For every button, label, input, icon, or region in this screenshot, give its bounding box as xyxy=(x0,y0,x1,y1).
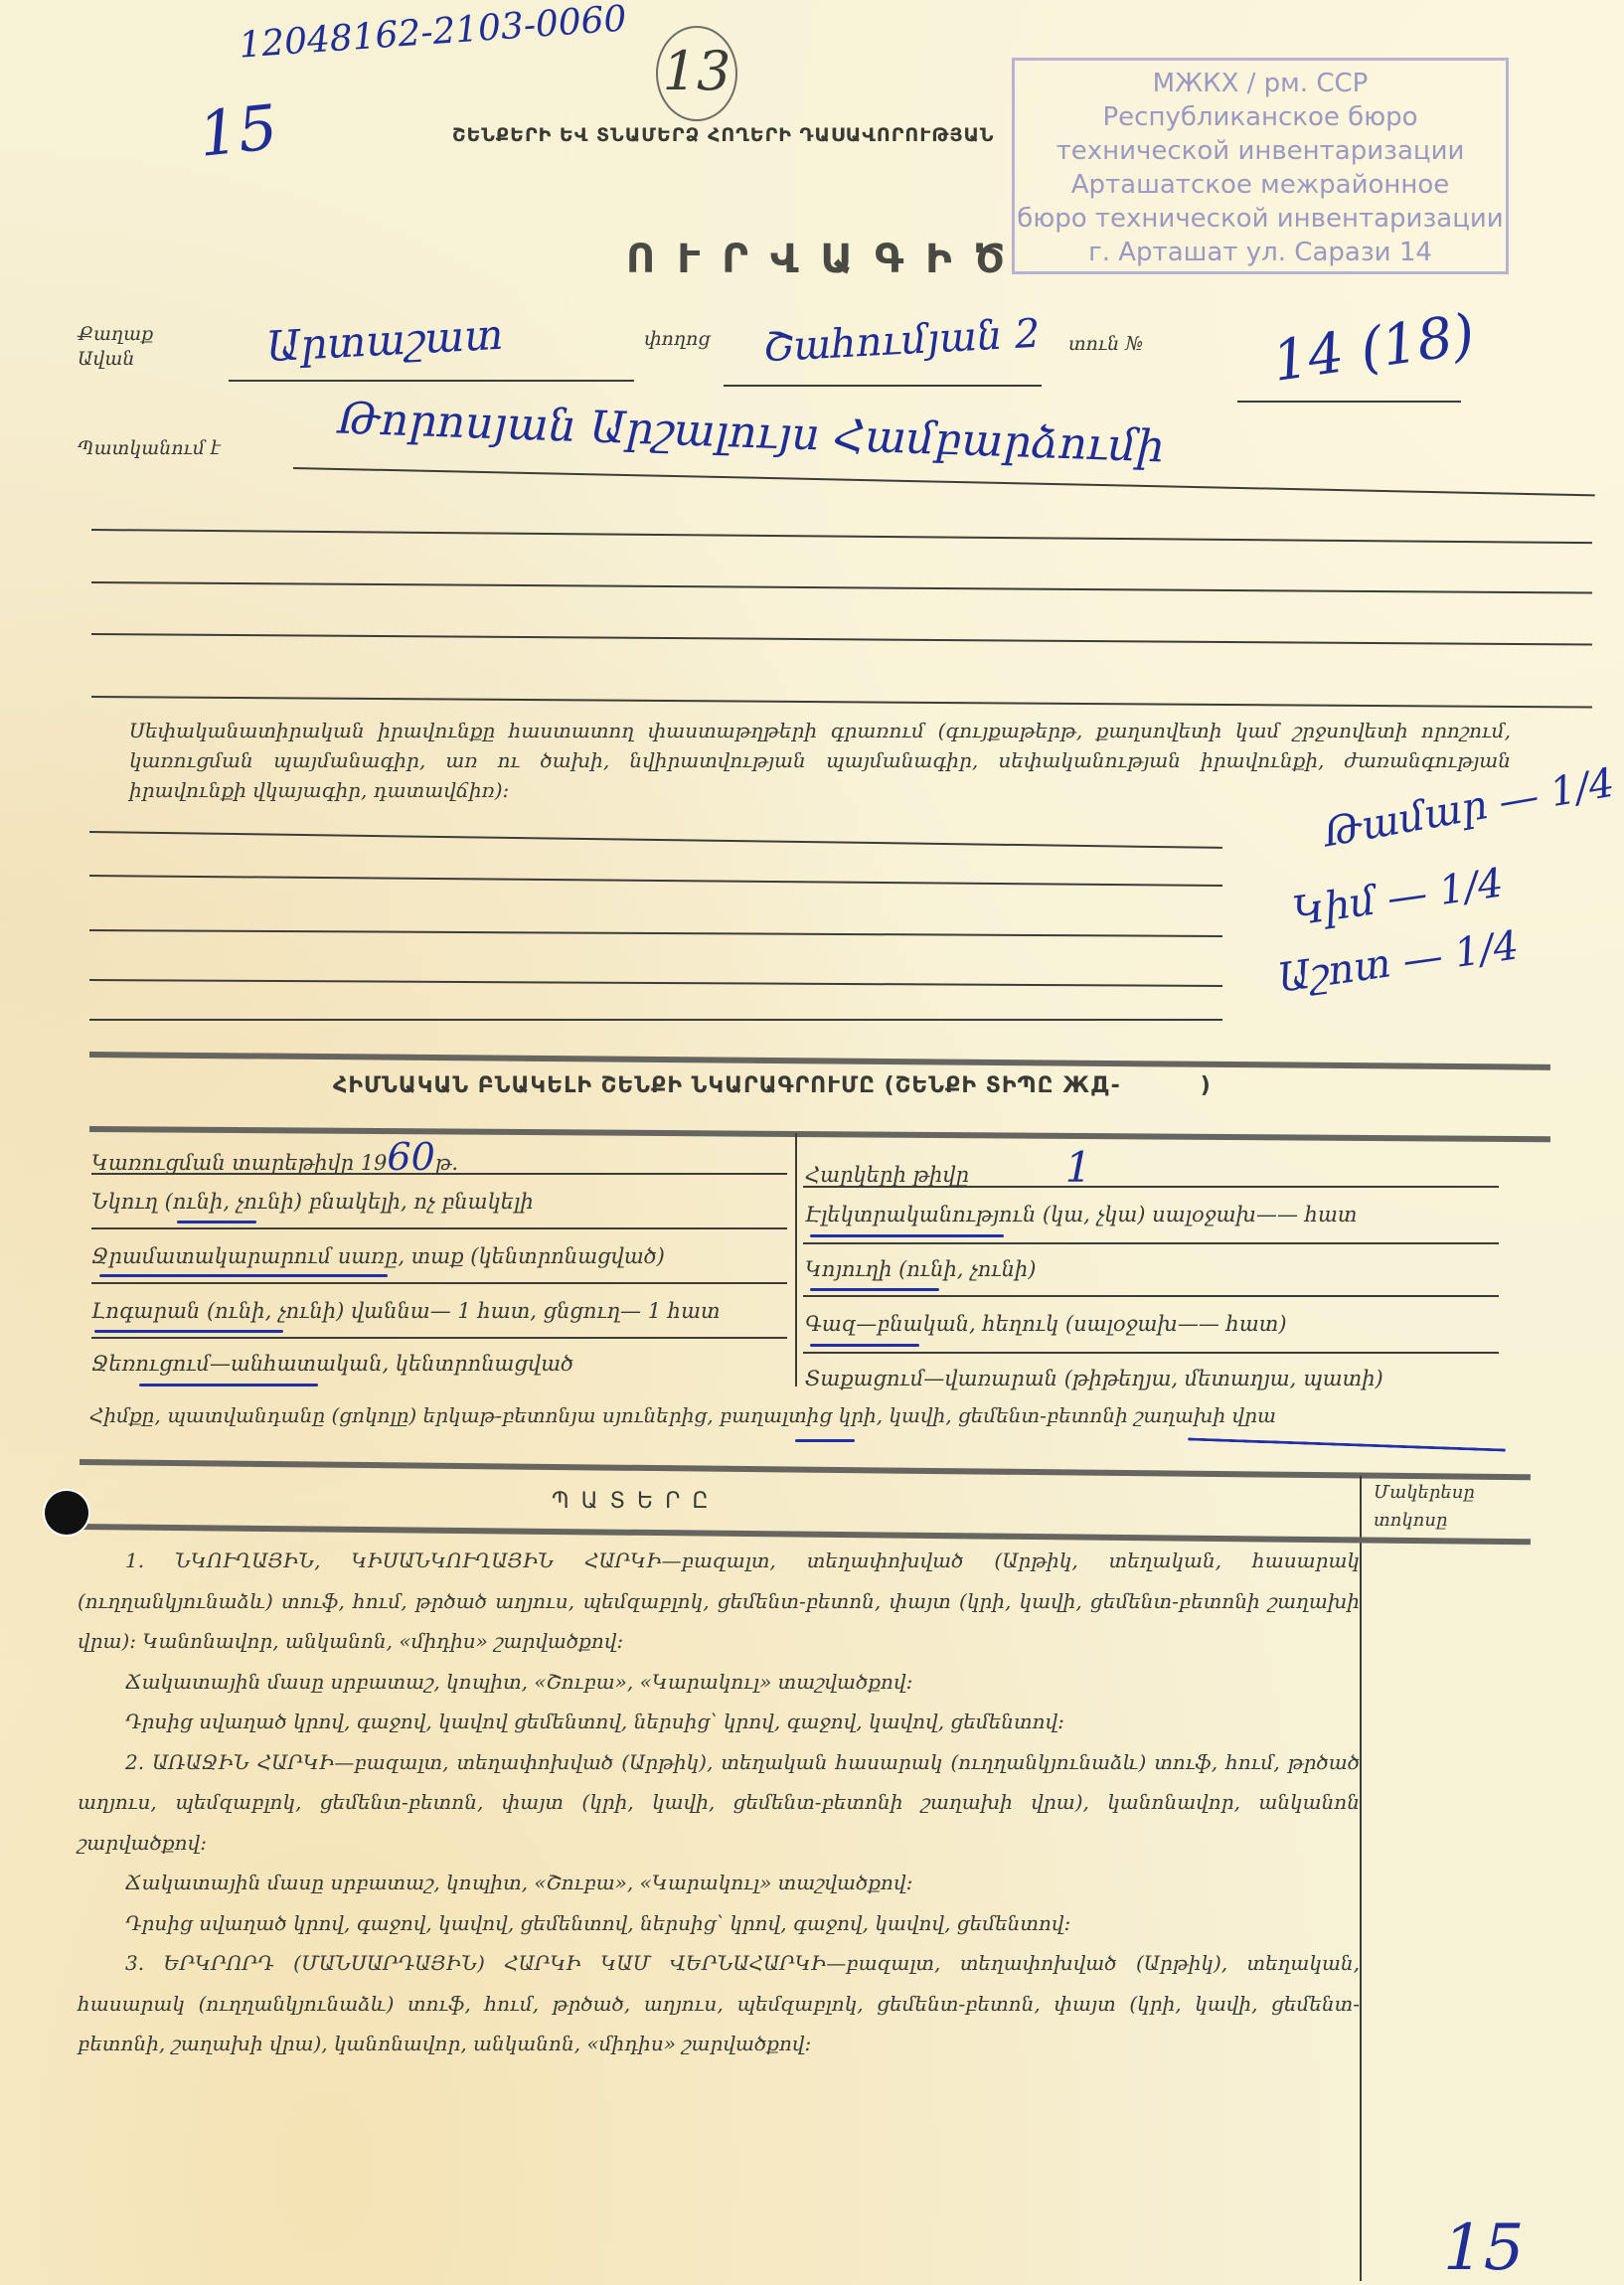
facade-finish: Ճակատային մասը սրբատաշ, կոպիտ, «Շուբա», … xyxy=(78,1863,1360,1903)
plaster-finish: Դրսից սվաղած կրով, գաջով, կավով, ցեմենտո… xyxy=(78,1903,1360,1944)
water-supply-field: Ջրամատակարարում սառը, տաք (կենտրոնացված) xyxy=(91,1244,665,1268)
blank-line xyxy=(89,1019,1222,1021)
city-label: Քաղաք xyxy=(78,323,153,345)
section-divider xyxy=(80,1459,1531,1480)
owner-label: Պատկանում է xyxy=(78,437,221,459)
plaster-finish: Դրսից սվաղած կրով, գաջով, կավով ցեմենտով… xyxy=(78,1702,1360,1742)
street-value[interactable]: Շահումյան 2 xyxy=(762,311,1042,372)
house-number-value[interactable]: 14 (18) xyxy=(1268,302,1478,395)
blank-line xyxy=(91,529,1592,544)
blank-line xyxy=(91,581,1592,594)
document-title: ՈՒՐՎԱԳԻԾ xyxy=(626,237,1027,282)
construction-year-label: Կառուցման տարեթիվը 19 xyxy=(91,1151,387,1175)
area-percent-header: Մակերեսը տոկոսը xyxy=(1374,1479,1475,1535)
blank-line xyxy=(91,696,1592,709)
stamp-line: технической инвентаризации xyxy=(1015,134,1506,168)
row-line xyxy=(91,1227,787,1229)
row-line xyxy=(91,1282,787,1284)
street-field-line xyxy=(724,385,1042,387)
house-number-label: տուն № xyxy=(1068,333,1143,355)
street-label: փողոց xyxy=(644,328,711,350)
bathroom-field: Լոգարան (ունի, չունի) վաննա— 1 հատ, ցնցո… xyxy=(91,1299,721,1323)
owner-value[interactable]: Թորոսյան Արշալույս Համբարձումի xyxy=(337,394,1165,473)
ink-underline xyxy=(1188,1437,1506,1451)
section-divider xyxy=(89,1052,1550,1070)
electricity-field: Էլեկտրականություն (կա, չկա) սալօջախ—— հա… xyxy=(805,1203,1357,1226)
heating-field: Ջեռուցում—անհատական, կենտրոնացված xyxy=(91,1352,573,1376)
stamp-line: Арташатское межрайонное xyxy=(1015,168,1506,202)
ink-underline xyxy=(810,1344,919,1347)
floor-count-field: Հարկերի թիվը 1 xyxy=(805,1143,1091,1192)
city-field-line xyxy=(229,380,634,382)
page-number: 15 xyxy=(1443,2211,1524,2285)
facade-finish: Ճակատային մասը սրբատաշ, կոպիտ, «Շուբա», … xyxy=(78,1662,1360,1703)
ink-underline xyxy=(795,1439,855,1442)
header-title: ՇԵՆՔԵՐԻ ԵՎ ՏՆԱՄԵՐՁ ՀՈՂԵՐԻ ԴԱՍԱՎՈՐՈՒԹՅԱՆ xyxy=(452,124,995,146)
basement-floor-walls: 1. ՆԿՈՒՂԱՅԻՆ, ԿԻՍԱՆԿՈՒՂԱՅԻՆ ՀԱՐԿԻ—բազալտ… xyxy=(78,1541,1360,1662)
gas-field: Գազ—բնական, հեղուկ (սալօջախ—— հատ) xyxy=(805,1312,1287,1336)
stamp-line: г. Арташат ул. Сарази 14 xyxy=(1015,236,1506,269)
walls-section-title: ՊԱՏԵՐԸ xyxy=(552,1489,720,1514)
area-column-divider xyxy=(1360,1476,1362,2281)
row-line xyxy=(803,1242,1499,1244)
ink-underline xyxy=(177,1221,256,1224)
section-title-text: ՀԻՄՆԱԿԱՆ ԲՆԱԿԵԼԻ ՇԵՆՔԻ ՆԿԱՐԱԳՐՈՒՄԸ (ՇԵՆՔ… xyxy=(333,1073,1121,1098)
stamp-line: бюро технической инвентаризации xyxy=(1015,202,1506,236)
second-floor-walls: 3. ԵՐԿՐՈՐԴ (ՄԱՆՍԱՐԴԱՅԻՆ) ՀԱՐԿԻ ԿԱՄ ՎԵՐՆԱ… xyxy=(78,1943,1360,2064)
row-line xyxy=(91,1173,787,1175)
ink-underline xyxy=(139,1384,318,1387)
basement-field: Նկուղ (ունի, չունի) բնակելի, ոչ բնակելի xyxy=(91,1190,534,1214)
walls-floors-description: 1. ՆԿՈՒՂԱՅԻՆ, ԿԻՍԱՆԿՈՒՂԱՅԻՆ ՀԱՐԿԻ—բազալտ… xyxy=(78,1541,1360,2064)
row-line xyxy=(803,1186,1499,1188)
foundation-description: Հիմքը, պատվանդանը (ցոկոլը) երկաթ-բետոնյա… xyxy=(89,1399,1511,1431)
handwritten-archive-number: 15 xyxy=(195,90,280,171)
sewage-field: Կոյուղի (ունի, չունի) xyxy=(805,1257,1036,1281)
hole-punch xyxy=(45,1491,88,1535)
blank-line xyxy=(89,929,1222,937)
share-note: Աշոտ — 1/4 xyxy=(1275,922,1522,1001)
row-line xyxy=(91,1337,787,1339)
city-value[interactable]: Արտաշատ xyxy=(265,310,504,371)
floor-count-value[interactable]: 1 xyxy=(1065,1143,1092,1192)
ink-underline xyxy=(810,1288,939,1291)
bureau-stamp: МЖКХ / рм. ССР Республиканское бюро техн… xyxy=(1012,58,1509,274)
section-title-close: ) xyxy=(1201,1073,1212,1098)
village-label: Ավան xyxy=(78,348,134,370)
area-header-line-2: տոկոսը xyxy=(1374,1507,1475,1535)
row-line xyxy=(803,1352,1499,1354)
house-field-line xyxy=(1237,401,1461,403)
first-floor-walls: 2. ԱՌԱՋԻՆ ՀԱՐԿԻ—բազալտ, տեղափոխված (Արթի… xyxy=(78,1742,1360,1864)
ink-underline xyxy=(94,1330,283,1333)
ink-underline xyxy=(810,1234,1004,1237)
construction-year-suffix: թ. xyxy=(435,1151,458,1175)
building-description-title: ՀԻՄՆԱԿԱՆ ԲՆԱԿԵԼԻ ՇԵՆՔԻ ՆԿԱՐԱԳՐՈՒՄԸ (ՇԵՆՔ… xyxy=(333,1073,1212,1098)
handwritten-reference-number: 12048162-2103-0060 xyxy=(238,0,628,67)
stove-heating-field: Տաքացում—վառարան (թիթեղյա, մետաղյա, պատի… xyxy=(805,1367,1383,1390)
blank-line xyxy=(89,979,1222,987)
blank-line xyxy=(89,831,1222,849)
share-note: Կիմ — 1/4 xyxy=(1290,860,1506,934)
column-divider xyxy=(795,1133,797,1387)
stamp-line: Республиканское бюро xyxy=(1015,100,1506,134)
owner-field-line xyxy=(293,467,1595,496)
floor-count-label: Հարկերի թիվը xyxy=(805,1163,969,1187)
row-line xyxy=(803,1295,1499,1297)
ownership-documents-description: Սեփականատիրական իրավունքը հաստատող փաստա… xyxy=(129,716,1511,805)
blank-line xyxy=(91,633,1592,646)
stamp-line: МЖКХ / рм. ССР xyxy=(1015,67,1506,100)
circled-folio-number: 13 xyxy=(656,26,737,121)
ink-underline xyxy=(99,1274,388,1277)
area-header-line-1: Մակերեսը xyxy=(1374,1479,1475,1507)
blank-line xyxy=(89,875,1222,887)
